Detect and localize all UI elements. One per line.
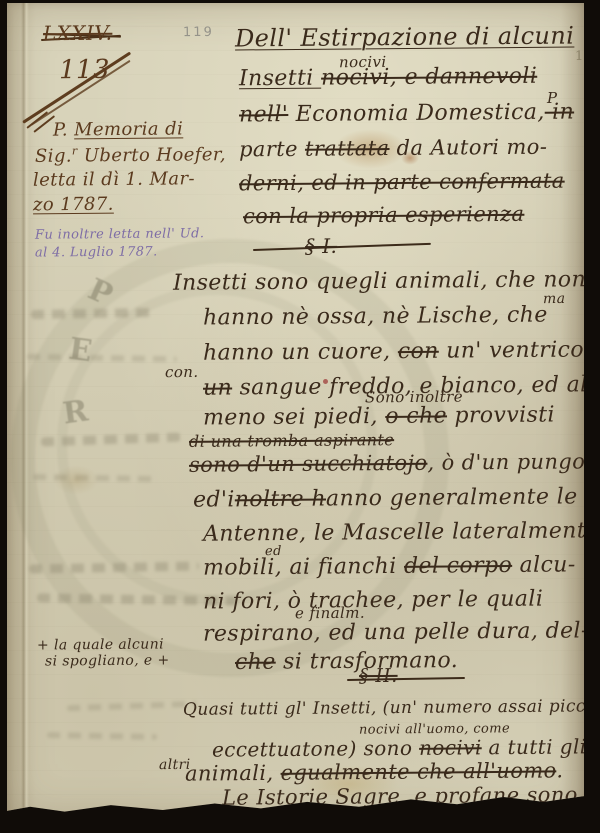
text-segment: Uberto Hoefer, <box>78 144 226 166</box>
text-segment: , ò d'un pungolo, <box>427 449 600 475</box>
margin-note-line-3: letta il dì 1. Mar- <box>33 168 195 190</box>
text-segment: respirano, ed una pelle dura, del- <box>203 618 589 646</box>
text-segment: hanno nè ossa, nè Lische, che <box>203 302 548 330</box>
bleedthrough-writing <box>67 701 197 712</box>
text-segment: ni fori, ò trachee, per le quali <box>203 587 543 615</box>
text-segment: con. <box>165 363 199 381</box>
text-segment: Memoria di <box>74 118 183 140</box>
text-segment: § II. <box>359 665 398 687</box>
text-segment: Le Istorie Sagre, e profane sono ri- <box>222 782 600 809</box>
text-segment: in <box>545 100 575 125</box>
title-line-5: derni, ed in parte confermata <box>239 169 565 196</box>
paragraph2-line-5: piene <box>473 806 534 831</box>
bleedthrough-writing <box>33 474 153 482</box>
text-segment: 1 <box>575 49 584 64</box>
text-segment: Insetti sono quegli animali, che non <box>173 267 586 296</box>
text-segment: ai fianchi <box>289 554 404 580</box>
insertion-tromba: di una tromba aspirante <box>189 430 394 451</box>
text-segment: Quasi tutti gl' Insetti, (un' numero ass… <box>183 696 600 720</box>
section-heading-1: § I. <box>305 234 337 258</box>
text-segment: meno sei piedi, <box>203 404 385 431</box>
bleedthrough-writing <box>31 308 151 319</box>
text-segment: Fu inoltre letta nell' Ud. <box>35 226 205 242</box>
title-line-6: con la propria esperienza <box>243 202 525 228</box>
text-segment: ed'i <box>193 487 235 512</box>
section-heading-2: § II. <box>359 665 398 687</box>
text-segment: provvisti <box>447 402 555 428</box>
text-segment: del corpo <box>404 553 512 579</box>
text-segment: 113 <box>59 55 110 85</box>
body-line-10: ni fori, ò trachee, per le quali <box>203 587 543 615</box>
text-segment: nocivi, e dannevoli <box>321 64 537 91</box>
body-line-8: Antenne, le Mascelle lateralmente <box>203 518 600 546</box>
paragraph2-line-2: eccettuatone) sono nocivi a tutti gli <box>212 734 587 761</box>
text-segment: eccettuatone) sono <box>212 736 419 762</box>
bleedthrough-writing <box>41 433 181 447</box>
body-line-5: meno sei piedi, o che provvisti <box>203 402 555 430</box>
text-segment: egualmente che all'uomo <box>280 758 556 784</box>
section1-strike-stroke <box>253 243 431 252</box>
stamp-page-number: 119 <box>183 25 214 40</box>
margin-note-line-2: Sig.r Uberto Hoefer, <box>35 143 226 167</box>
text-segment: mobili, <box>203 555 290 581</box>
manuscript-photo: { "document": { "kind": "handwritten man… <box>0 0 600 833</box>
text-segment: 119 <box>183 25 214 40</box>
bleedthrough-writing <box>47 732 157 740</box>
text-segment: di una tromba aspirante <box>189 430 394 451</box>
text-segment: al 4. Luglio 1787. <box>35 244 158 260</box>
text-segment: animali, <box>185 761 281 786</box>
text-segment: anno generalmente le <box>326 484 578 511</box>
text-segment: Antenne, le Mascelle lateralmente <box>203 518 600 546</box>
text-segment: sono d'un succhiatojo <box>189 451 428 477</box>
title-line-4: parte trattata da Autori mo- <box>239 135 547 162</box>
text-segment: o che <box>385 403 447 429</box>
shelfmark-struck: LXXIV. <box>43 21 113 46</box>
librarian-note-line-1: Fu inoltre letta nell' Ud. <box>35 226 205 242</box>
text-segment: hanno un cuore, <box>203 339 398 366</box>
body-line-2: hanno nè ossa, nè Lische, che <box>203 302 548 330</box>
text-segment: da Autori mo- <box>389 135 547 160</box>
margin-note-line-1: P. Memoria di <box>53 118 183 140</box>
text-segment: che <box>235 650 276 675</box>
text-segment: Dell' Estirpazione di alcuni <box>235 22 575 53</box>
body-line-12: che si trasformano. <box>235 648 458 675</box>
text-segment: si spogliano, e + <box>45 652 170 669</box>
librarian-note-line-2: al 4. Luglio 1787. <box>35 244 158 260</box>
paragraph2-line-4: Le Istorie Sagre, e profane sono ri- <box>222 782 600 809</box>
text-segment: trattata <box>305 136 390 161</box>
body-line-11: respirano, ed una pelle dura, del- <box>203 618 589 646</box>
text-segment: LXXIV. <box>43 21 113 46</box>
bleedthrough-letter: R <box>61 393 91 431</box>
text-segment: zo 1787. <box>33 194 114 216</box>
margin-insertion-line-1: + la quale alcuni <box>37 636 164 653</box>
text-segment: un' ventricolo, <box>439 337 600 364</box>
text-segment: P. <box>53 119 74 140</box>
title-line-1: Dell' Estirpazione di alcuni <box>235 22 575 53</box>
margin-note-line-4: zo 1787. <box>33 194 114 216</box>
paper-sheet: P E R LXXIV.1191131Dell' Estirpazione di… <box>7 3 584 819</box>
text-segment: Insetti <box>239 66 321 92</box>
paragraph2-line-3: animali, egualmente che all'uomo. <box>185 758 564 785</box>
body-line-7: ed'inoltre hanno generalmente le <box>193 484 578 512</box>
corner-page-number: 1 <box>575 49 584 64</box>
paragraph2-line-1: Quasi tutti gl' Insetti, (un' numero ass… <box>183 696 600 720</box>
text-segment: Sig. <box>35 146 72 167</box>
bleedthrough-letter: P <box>83 272 118 313</box>
body-line-9: mobili, ai fianchi del corpo alcu- <box>203 552 576 580</box>
text-segment: . <box>556 758 563 782</box>
insertion-con: con. <box>165 363 199 381</box>
text-segment: letta il dì 1. Mar- <box>33 168 195 190</box>
text-segment: con la propria esperienza <box>243 202 525 228</box>
bleedthrough-writing <box>29 562 199 574</box>
text-segment: noltre h <box>235 487 326 513</box>
body-line-1: Insetti sono quegli animali, che non <box>173 267 586 296</box>
bleedthrough-writing <box>27 354 177 363</box>
text-segment: nocivi <box>419 735 482 760</box>
margin-insertion-line-2: si spogliano, e + <box>45 652 170 669</box>
text-segment: piene <box>473 806 534 831</box>
text-segment: nell' <box>239 102 289 127</box>
text-segment: parte <box>239 137 305 162</box>
text-segment: alcu- <box>512 552 576 578</box>
bleedthrough-letter: E <box>67 332 95 370</box>
text-segment: un <box>203 375 232 400</box>
body-line-3: hanno un cuore, con un' ventricolo, <box>203 337 600 366</box>
text-segment: a tutti gli <box>482 734 587 759</box>
text-segment: Economia Domestica, <box>288 100 545 127</box>
text-segment: § I. <box>305 234 337 258</box>
red-ink-speck <box>593 427 597 431</box>
title-line-2: Insetti nocivi, e dannevoli <box>239 64 537 92</box>
title-line-3: nell' Economia Domestica, in <box>239 100 574 128</box>
body-line-6: sono d'un succhiatojo, ò d'un pungolo, <box>189 449 600 477</box>
folio-number: 113 <box>59 55 110 85</box>
text-segment: + la quale alcuni <box>37 636 164 653</box>
text-segment: derni, ed in parte confermata <box>239 169 565 196</box>
text-segment: con <box>398 339 439 364</box>
